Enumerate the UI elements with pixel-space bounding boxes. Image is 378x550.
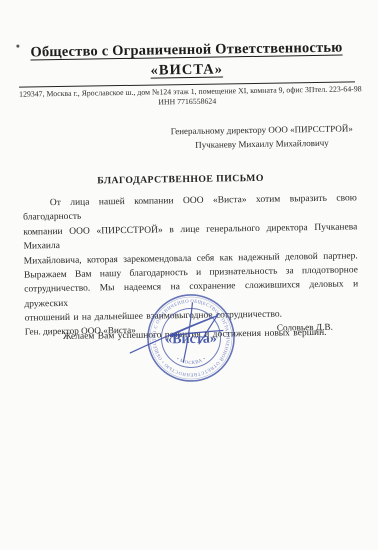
scanned-letter-page: Общество с Ограниченной Ответственностью… — [0, 0, 378, 550]
letterhead: Общество с Ограниченной Ответственностью… — [18, 39, 355, 108]
handwritten-signature — [110, 287, 251, 384]
org-name: «ВИСТА» — [19, 59, 355, 81]
org-type-line: Общество с Ограниченной Ответственностью — [18, 39, 354, 61]
signature-stroke — [199, 314, 219, 344]
letter-sheet: Общество с Ограниченной Ответственностью… — [0, 0, 378, 550]
signer-name: Соловьев Д.В. — [277, 322, 333, 333]
org-phone: тел. 223-64-98 — [314, 84, 361, 94]
letter-title: БЛАГОДАРСТВЕННОЕ ПИСЬМО — [0, 171, 363, 188]
signature-stroke — [182, 303, 193, 362]
scan-artifact-dot — [16, 45, 19, 48]
signature-stroke — [130, 315, 224, 352]
addressee-block: Генеральному директору ООО «ПИРССТРОЙ» П… — [164, 121, 360, 152]
